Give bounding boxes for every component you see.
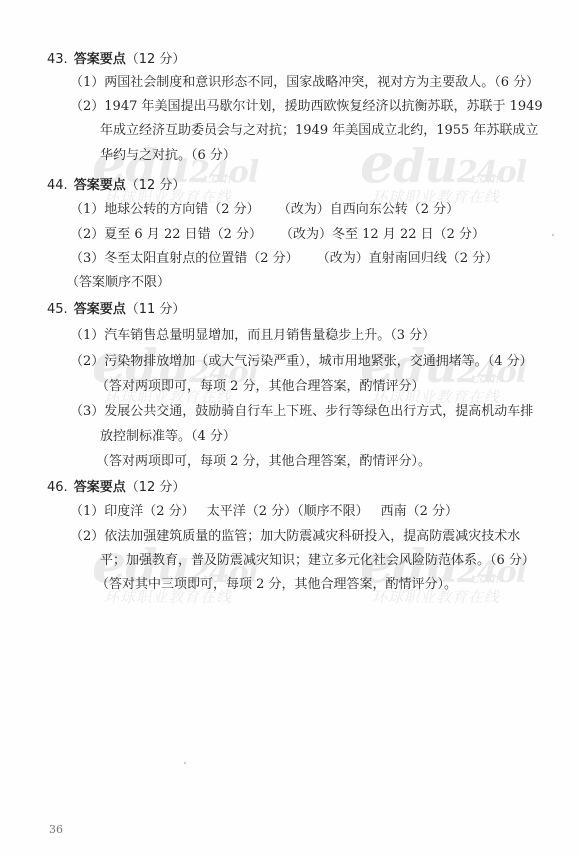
answer-line: 平；加强教育，普及防震减灾知识；建立多元化社会风险防范体系。（6 分） [100, 553, 535, 569]
question-number: 45. [47, 302, 68, 317]
answer-line: （3）冬至太阳直射点的位置错（2 分）（改为）直射南回归线（2 分） [70, 251, 498, 267]
watermark-com: .com [468, 572, 500, 587]
question-title: 答案要点 [74, 178, 126, 193]
question-43-heading: 43.答案要点（12 分） [47, 52, 185, 68]
watermark: edu24ol .com 环球职业教育在线 [92, 340, 262, 410]
question-score: （12 分） [126, 178, 186, 193]
watermark-com: .com [200, 172, 232, 187]
document-page: eedudu24ol .com 环球职业教育在线 edu24ol .com 环球… [0, 0, 580, 855]
answer-line: （2）依法加强建筑质量的监管；加大防震减灾科研投入，提高防震减灾技术水 [70, 529, 520, 545]
scan-speck [184, 762, 186, 764]
question-number: 44. [47, 178, 68, 193]
answer-note: （答案顺序不限） [66, 275, 170, 291]
answer-line: 放控制标准等。（4 分） [100, 429, 236, 445]
watermark-com: .com [468, 172, 500, 187]
watermark: edu24ol .com 环球职业教育在线 [92, 540, 262, 610]
watermark: edu24ol .com 环球职业教育在线 [360, 340, 530, 410]
question-46-heading: 46.答案要点（12 分） [47, 480, 185, 496]
watermark: edu24ol .com 环球职业教育在线 [360, 540, 530, 610]
question-number: 43. [47, 52, 68, 67]
answer-line: （1）印度洋（2 分）太平洋（2 分）（顺序不限）西南（2 分） [70, 504, 458, 520]
answer-line: （1）两国社会制度和意识形态不同，国家战略冲突，视对方为主要敌人。（6 分） [70, 75, 539, 91]
question-45-heading: 45.答案要点（11 分） [47, 302, 185, 318]
answer-line: 华约与之对抗。（6 分） [100, 148, 236, 164]
correction-item: （改为）冬至 12 月 22 日（2 分） [280, 227, 485, 242]
question-score: （12 分） [126, 480, 186, 495]
answer-item: （1）印度洋（2 分） [70, 504, 195, 519]
scan-speck [552, 234, 554, 236]
answer-line: （1）地球公转的方向错（2 分）（改为）自西向东公转（2 分） [70, 202, 459, 218]
question-44-heading: 44.答案要点（12 分） [47, 178, 185, 194]
answer-line: （2）夏至 6 月 22 日错（2 分）（改为）冬至 12 月 22 日（2 分… [70, 227, 485, 243]
correction-item: （改为）自西向东公转（2 分） [278, 202, 459, 217]
error-item: （1）地球公转的方向错（2 分） [70, 202, 260, 217]
watermark-logo: edu24ol [360, 140, 526, 196]
answer-line: （2）污染物排放增加（或大气污染严重），城市用地紧张，交通拥堵等。（4 分） [70, 354, 533, 370]
question-title: 答案要点 [74, 52, 126, 67]
answer-note: （答对两项即可，每项 2 分，其他合理答案，酌情评分）。 [96, 454, 431, 470]
question-score: （12 分） [126, 52, 186, 67]
page-number: 36 [49, 823, 63, 836]
question-title: 答案要点 [74, 480, 126, 495]
question-score: （11 分） [126, 302, 186, 317]
question-title: 答案要点 [74, 302, 126, 317]
correction-item: （改为）直射南回归线（2 分） [317, 251, 498, 266]
watermark-com: .com [468, 372, 500, 387]
answer-item: 西南（2 分） [381, 504, 458, 519]
answer-line: （1）汽车销售总量明显增加，而且月销售量稳步上升。（3 分） [70, 328, 435, 344]
question-number: 46. [47, 480, 68, 495]
answer-line: （2）1947 年美国提出马歇尔计划，援助西欧恢复经济以抗衡苏联，苏联于 194… [70, 99, 543, 115]
answer-note: （答对其中三项即可，每项 2 分，其他合理答案，酌情评分）。 [96, 577, 457, 593]
error-item: （3）冬至太阳直射点的位置错（2 分） [70, 251, 299, 266]
watermark: edu24ol .com 环球职业教育在线 [360, 140, 530, 210]
answer-note: （答对两项即可，每项 2 分，其他合理答案，酌情评分） [96, 379, 425, 395]
answer-line: 年成立经济互助委员会与之对抗；1949 年美国成立北约，1955 年苏联成立 [100, 123, 538, 139]
answer-line: （3）发展公共交通，鼓励骑自行车上下班、步行等绿色出行方式，提高机动车排 [70, 404, 533, 420]
answer-item: 太平洋（2 分）（顺序不限） [207, 504, 369, 519]
error-item: （2）夏至 6 月 22 日错（2 分） [70, 227, 262, 242]
